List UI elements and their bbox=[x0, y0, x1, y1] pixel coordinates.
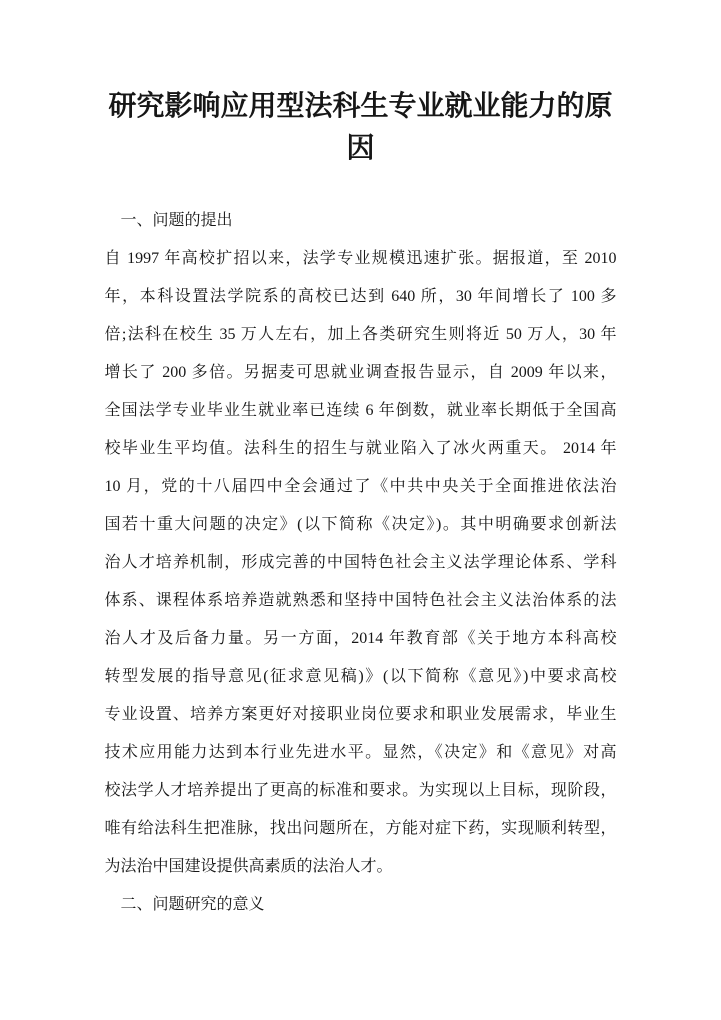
paragraph-line: 治人才培养机制，形成完善的中国特色社会主义法学理论体系、学科 bbox=[105, 544, 617, 582]
paragraph-line: 唯有给法科生把准脉，找出问题所在，方能对症下药，实现顺利转型， bbox=[105, 810, 617, 848]
paragraph-line: 转型发展的指导意见(征求意见稿)》(以下简称《意见》)中要求高校 bbox=[105, 658, 617, 696]
paragraph-line: 校毕业生平均值。法科生的招生与就业陷入了冰火两重天。 2014 年 bbox=[105, 430, 617, 468]
paragraph-line: 倍;法科在校生 35 万人左右，加上各类研究生则将近 50 万人，30 年 bbox=[105, 316, 617, 354]
paragraph-line: 专业设置、培养方案更好对接职业岗位要求和职业发展需求，毕业生 bbox=[105, 696, 617, 734]
paragraph-line: 校法学人才培养提出了更高的标准和要求。为实现以上目标，现阶段， bbox=[105, 772, 617, 810]
paragraph-line: 国若十重大问题的决定》(以下简称《决定》)。其中明确要求创新法 bbox=[105, 506, 617, 544]
paragraph-line: 为法治中国建设提供高素质的法治人才。 bbox=[105, 848, 617, 886]
paragraph-line: 全国法学专业毕业生就业率已连续 6 年倒数，就业率长期低于全国高 bbox=[105, 392, 617, 430]
paragraph-problem-statement: 自 1997 年高校扩招以来，法学专业规模迅速扩张。据报道，至 2010年，本科… bbox=[105, 240, 617, 886]
paragraph-line: 增长了 200 多倍。另据麦可思就业调查报告显示，自 2009 年以来， bbox=[105, 354, 617, 392]
section-heading-problem-statement: 一、问题的提出 bbox=[105, 202, 617, 240]
document-title: 研究影响应用型法科生专业就业能力的原因 bbox=[105, 86, 617, 170]
paragraph-line: 自 1997 年高校扩招以来，法学专业规模迅速扩张。据报道，至 2010 bbox=[105, 240, 617, 278]
section-heading-research-significance: 二、问题研究的意义 bbox=[105, 886, 617, 924]
document-page: 研究影响应用型法科生专业就业能力的原因 一、问题的提出 自 1997 年高校扩招… bbox=[0, 0, 721, 1020]
paragraph-line: 体系、课程体系培养造就熟悉和坚持中国特色社会主义法治体系的法 bbox=[105, 582, 617, 620]
paragraph-line: 治人才及后备力量。另一方面，2014 年教育部《关于地方本科高校 bbox=[105, 620, 617, 658]
paragraph-line: 年，本科设置法学院系的高校已达到 640 所，30 年间增长了 100 多 bbox=[105, 278, 617, 316]
page-content: 研究影响应用型法科生专业就业能力的原因 一、问题的提出 自 1997 年高校扩招… bbox=[105, 0, 617, 924]
paragraph-line: 技术应用能力达到本行业先进水平。显然，《决定》和《意见》对高 bbox=[105, 734, 617, 772]
document-body: 一、问题的提出 自 1997 年高校扩招以来，法学专业规模迅速扩张。据报道，至 … bbox=[105, 202, 617, 924]
paragraph-line: 10 月，党的十八届四中全会通过了《中共中央关于全面推进依法治 bbox=[105, 468, 617, 506]
